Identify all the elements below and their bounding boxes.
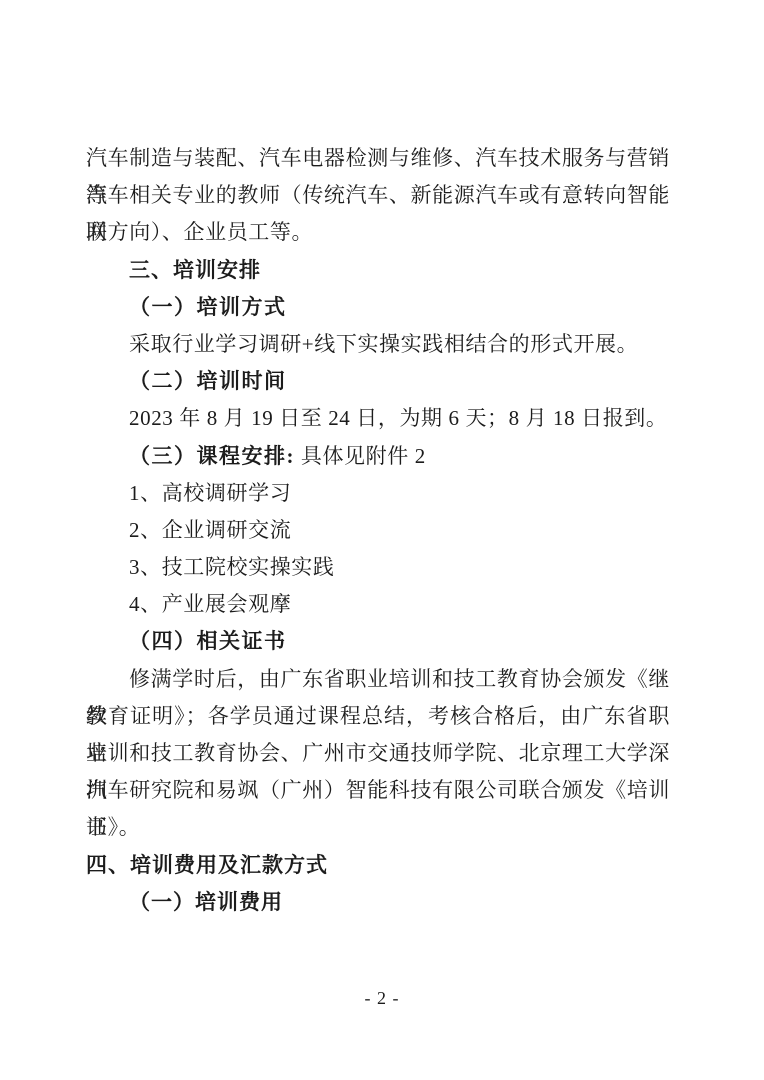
body-line: 教育证明》；各学员通过课程总结，考核合格后，由广东省职业 [86, 698, 670, 735]
list-item-1: 1、高校调研学习 [86, 475, 670, 512]
body-line-training-dates: 2023 年 8 月 19 日至 24 日，为期 6 天；8 月 18 日报到。 [86, 400, 670, 437]
document-body: 汽车制造与装配、汽车电器检测与维修、汽车技术服务与营销等 汽车相关专业的教师（传… [86, 140, 670, 921]
section-heading-training-arrangement: 三、培训安排 [86, 252, 670, 289]
subsection-heading-training-time: （二）培训时间 [86, 363, 670, 400]
section-heading-fees-and-payment: 四、培训费用及汇款方式 [86, 847, 670, 884]
subsection-heading-course-schedule: （三）课程安排: 具体见附件 2 [86, 438, 670, 475]
body-line: 采取行业学习调研+线下实操实践相结合的形式开展。 [86, 326, 670, 363]
body-line: 书》。 [86, 809, 670, 846]
list-item-4: 4、产业展会观摩 [86, 586, 670, 623]
subsection-heading-training-fee: （一）培训费用 [86, 884, 670, 921]
list-item-3: 3、技工院校实操实践 [86, 549, 670, 586]
page-number: - 2 - [0, 988, 764, 1009]
body-line: 修满学时后，由广东省职业培训和技工教育协会颁发《继续 [86, 661, 670, 698]
subsection-heading-label: （三）课程安排: [129, 444, 295, 468]
body-line: 培训和技工教育协会、广州市交通技师学院、北京理工大学深圳 [86, 735, 670, 772]
document-page: 汽车制造与装配、汽车电器检测与维修、汽车技术服务与营销等 汽车相关专业的教师（传… [0, 0, 764, 1080]
body-line: 汽车制造与装配、汽车电器检测与维修、汽车技术服务与营销等 [86, 140, 670, 177]
list-item-2: 2、企业调研交流 [86, 512, 670, 549]
subsection-heading-training-method: （一）培训方式 [86, 289, 670, 326]
body-line: 联方向）、企业员工等。 [86, 214, 670, 251]
heading-tail-text: 具体见附件 2 [295, 444, 426, 468]
subsection-heading-certificates: （四）相关证书 [86, 623, 670, 660]
body-line: 汽车研究院和易飒（广州）智能科技有限公司联合颁发《培训证 [86, 772, 670, 809]
body-line: 汽车相关专业的教师（传统汽车、新能源汽车或有意转向智能网 [86, 177, 670, 214]
